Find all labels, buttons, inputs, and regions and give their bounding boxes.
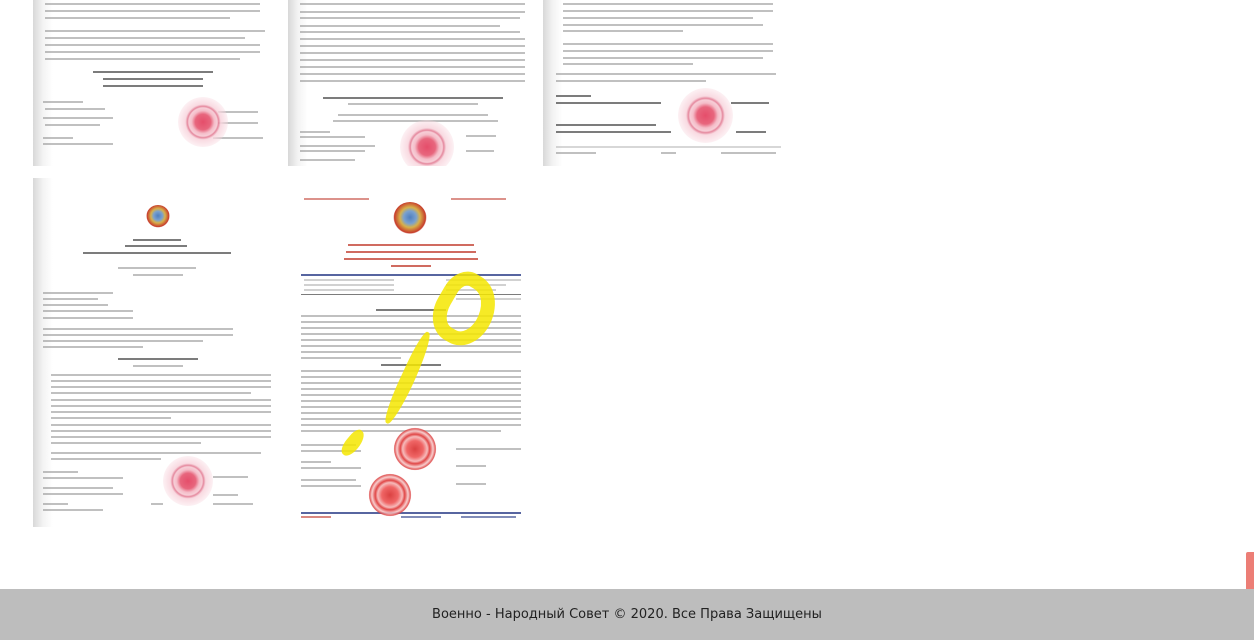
official-stamp-icon [678, 88, 733, 143]
ussr-emblem-icon [393, 202, 427, 236]
gallery-image-doc-4[interactable] [33, 178, 280, 527]
site-footer: Военно - Народный Совет © 2020. Все Прав… [0, 589, 1254, 640]
gallery-image-doc-1[interactable] [33, 0, 280, 166]
gallery-image-doc-3[interactable] [543, 0, 786, 166]
gallery-image-doc-5[interactable] [286, 178, 535, 525]
gallery-image-doc-2[interactable] [288, 0, 533, 166]
official-stamp-icon [163, 456, 213, 506]
official-stamp-icon [400, 120, 454, 166]
watermark-icon [422, 263, 509, 355]
footer-copyright: Военно - Народный Совет © 2020. Все Прав… [432, 607, 822, 622]
official-stamp-icon [361, 466, 419, 524]
ussr-emblem-icon [146, 205, 170, 229]
official-stamp-icon [178, 97, 228, 147]
